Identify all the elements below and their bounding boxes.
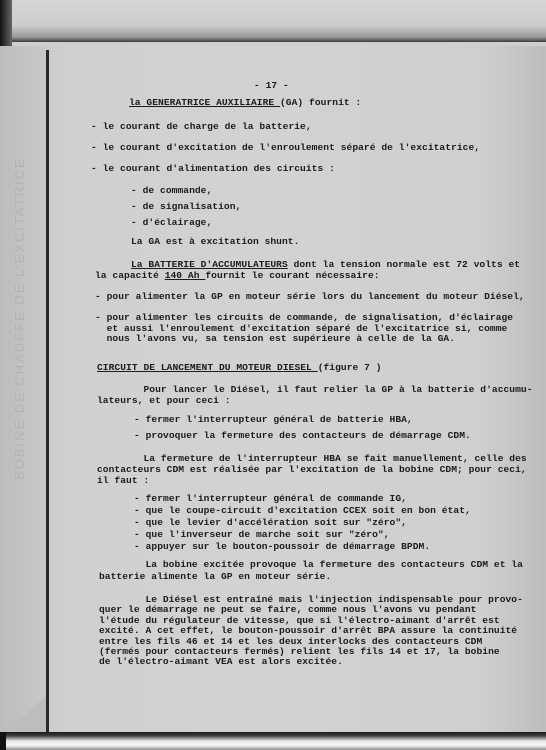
launch-step: - fermer l'interrupteur général de batte… [134, 414, 413, 426]
battery-item: - pour alimenter la GP en moteur série l… [95, 291, 525, 303]
launch-step: - provoquer la fermeture des contacteurs… [134, 430, 471, 442]
battery-capacity: 140 Ah [165, 270, 206, 281]
bleed-through-text: BOBINE DE CHAUFFE DE L'EXCITATRICE [12, 120, 27, 480]
ga-sub-item: - d'éclairage, [131, 217, 212, 229]
ga-item: - le courant d'excitation de l'enrouleme… [91, 142, 480, 154]
scanner-bottom-edge [0, 732, 546, 750]
folded-corner [6, 696, 46, 732]
ga-item: - le courant d'alimentation des circuits… [91, 163, 335, 175]
launch-condition: - appuyer sur le bouton-poussoir de déma… [134, 541, 430, 553]
launch-condition: - fermer l'interrupteur général de comma… [134, 493, 407, 505]
battery-item: - pour alimenter les circuits de command… [95, 313, 513, 345]
launch-para-2: La fermeture de l'interrupteur HBA se fa… [97, 453, 527, 486]
ga-sub-item: - de commande, [131, 185, 212, 197]
battery-intro-line2: la capacité 140 Ah fournit le courant né… [95, 270, 380, 282]
ga-title: la GENERATRICE AUXILIAIRE [129, 97, 280, 108]
scanner-top-edge [0, 0, 546, 42]
launch-title: CIRCUIT DE LANCEMENT DU MOTEUR DIESEL [97, 362, 318, 373]
launch-para-1: Pour lancer le Diésel, il faut relier la… [97, 384, 533, 406]
ga-item: - le courant de charge de la batterie, [91, 121, 312, 133]
binding-line [46, 50, 49, 732]
page-number: - 17 - [254, 80, 289, 92]
ga-note: La GA est à excitation shunt. [131, 236, 299, 248]
launch-para-3: La bobine excitée provoque la fermeture … [99, 559, 523, 582]
ga-sub-item: - de signalisation, [131, 201, 241, 213]
battery-intro-line1: La BATTERIE D'ACCUMULATEURS dont la tens… [131, 259, 520, 271]
launch-condition: - que l'inverseur de marche soit sur "zé… [134, 529, 390, 541]
launch-condition: - que le levier d'accélération soit sur … [134, 517, 407, 529]
launch-condition: - que le coupe-circuit d'excitation CCEX… [134, 505, 471, 517]
launch-heading: CIRCUIT DE LANCEMENT DU MOTEUR DIESEL (f… [97, 362, 382, 374]
ga-intro: la GENERATRICE AUXILIAIRE (GA) fournit : [129, 97, 361, 109]
scanner-corner [0, 0, 12, 48]
launch-para-4: Le Diésel est entraîné mais l'injection … [99, 595, 523, 668]
battery-title: La BATTERIE D'ACCUMULATEURS [131, 259, 288, 270]
scanner-bottom-corner [0, 732, 6, 750]
